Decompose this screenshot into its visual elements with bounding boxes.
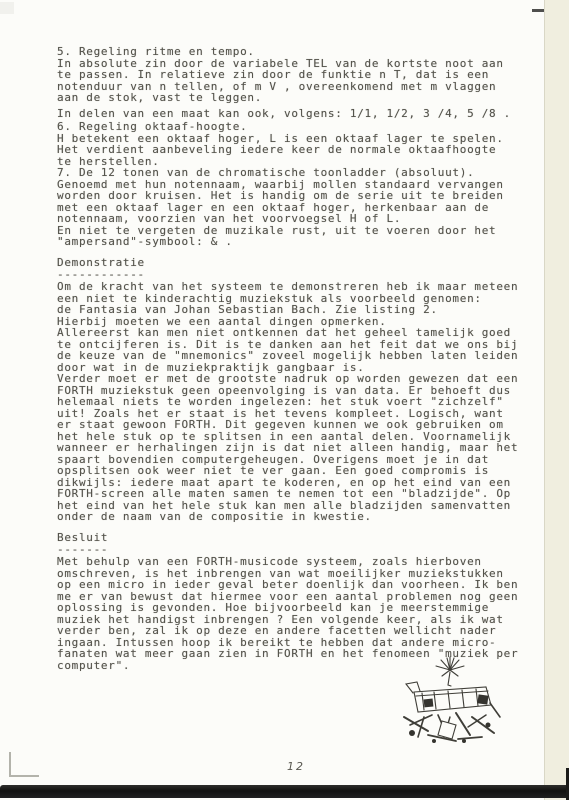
paragraph-besluit: Met behulp van een FORTH-musicode systee… <box>57 556 518 671</box>
scan-edge-bar <box>0 785 569 798</box>
paragraph-maat-delen: In delen van een maat kan ook, volgens: … <box>57 108 511 120</box>
crop-mark-bottom-left-horizontal <box>9 775 39 777</box>
crop-mark-bottom-left-vertical <box>9 752 11 777</box>
paragraph-oktaaf-en-toonladder: 6. Regeling oktaaf-hoogte. H betekent ee… <box>57 121 504 248</box>
page-number: 12 <box>287 760 305 773</box>
scanned-document-page: 5. Regeling ritme en tempo. In absolute … <box>0 0 569 800</box>
page-edge-strip <box>544 0 569 800</box>
exploding-contraption-icon <box>398 655 508 755</box>
section-heading-demonstratie: Demonstratie ------------ <box>57 257 145 280</box>
paragraph-demonstratie: Om de kracht van het systeem te demonstr… <box>57 281 518 523</box>
scan-artifact-top-left <box>0 2 14 14</box>
section-heading-besluit: Besluit ------- <box>57 532 108 555</box>
paragraph-ritme-en-tempo: 5. Regeling ritme en tempo. In absolute … <box>57 46 504 104</box>
